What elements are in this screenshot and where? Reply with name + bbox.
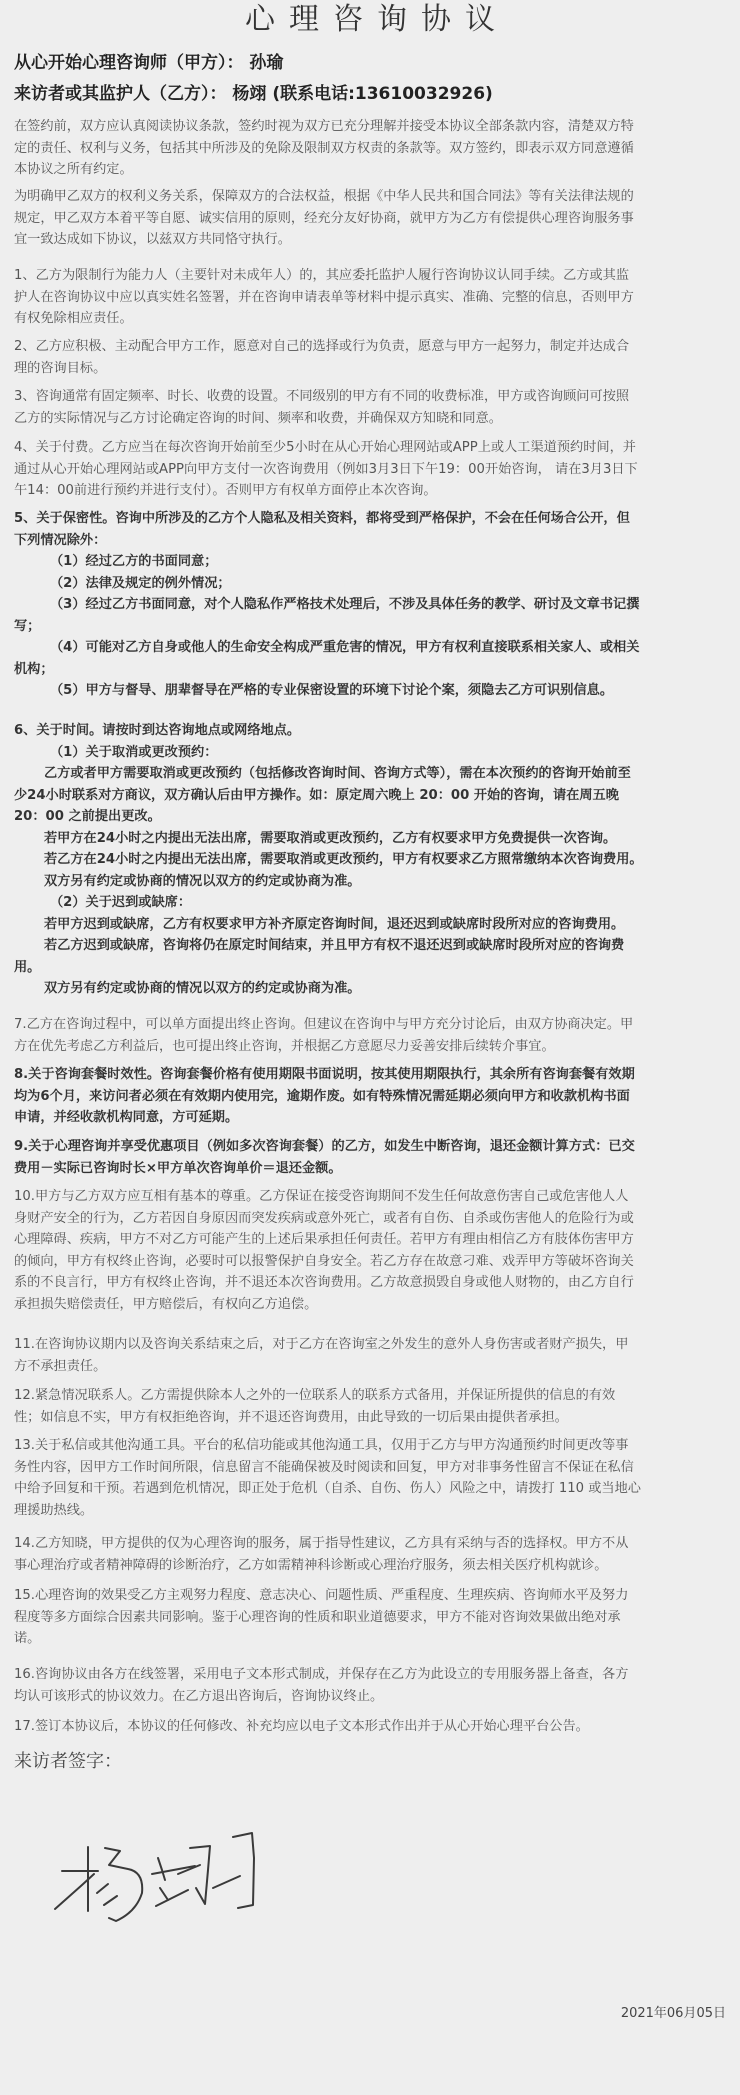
text-line: 15.心理咨询的效果受乙方主观努力程度、意志决心、问题性质、严重程度、生理疾病、… — [14, 1585, 728, 1607]
document-title: 心理咨询协议 — [0, 2, 740, 42]
text-line: 理的咨询目标。 — [14, 358, 728, 380]
clause-15: 15.心理咨询的效果受乙方主观努力程度、意志决心、问题性质、严重程度、生理疾病、… — [14, 1585, 728, 1650]
text-line: 若乙方迟到或缺席，咨询将仍在原定时间结束，并且甲方有权不退还迟到或缺席时段所对应… — [14, 935, 728, 957]
preamble-paragraph-2: 为明确甲乙双方的权利义务关系，保障双方的合法权益，根据《中华人民共和国合同法》等… — [14, 186, 728, 251]
clause-10: 10.甲方与乙方双方应互相有基本的尊重。乙方保证在接受咨询期间不发生任何故意伤害… — [14, 1186, 728, 1315]
exception-item-4: （4）可能对乙方自身或他人的生命安全构成严重危害的情况，甲方有权利直接联系相关家… — [14, 637, 728, 659]
text-line: 定的责任、权利与义务，包括其中所涉及的免除及限制双方权责的条款等。双方签约，即表… — [14, 138, 728, 160]
text-line: 方在优先考虑乙方利益后，也可提出终止咨询，并根据乙方意愿尽力妥善安排后续转介事宜… — [14, 1036, 728, 1058]
text-line: 1、乙方为限制行为能力人（主要针对未成年人）的，其应委托监护人履行咨询协议认同手… — [14, 265, 728, 287]
text-line: 双方另有约定或协商的情况以双方的约定或协商为准。 — [14, 871, 728, 893]
text-line: 12.紧急情况联系人。乙方需提供除本人之外的一位联系人的联系方式备用，并保证所提… — [14, 1385, 728, 1407]
text-line: 用。 — [14, 957, 728, 979]
text-line: 在签约前，双方应认真阅读协议条款，签约时视为双方已充分理解并接受本协议全部条款内… — [14, 116, 728, 138]
text-line: 乙方或者甲方需要取消或更改预约（包括修改咨询时间、咨询方式等），需在本次预约的咨… — [14, 763, 728, 785]
text-line: 均为6个月，来访问者必须在有效期内使用完，逾期作废。如有特殊情况需延期必须向甲方… — [14, 1086, 728, 1108]
clause-13: 13.关于私信或其他沟通工具。平台的私信功能或其他沟通工具，仅用于乙方与甲方沟通… — [14, 1435, 728, 1521]
text-line: 11.在咨询协议期内以及咨询关系结束之后，对于乙方在咨询室之外发生的意外人身伤害… — [14, 1334, 728, 1356]
exception-item-3: （3）经过乙方书面同意，对个人隐私作严格技术处理后，不涉及具体任务的教学、研讨及… — [14, 594, 728, 616]
clause-5-confidentiality: 5、关于保密性。咨询中所涉及的乙方个人隐私及相关资料，都将受到严格保护，不会在任… — [14, 508, 728, 702]
clause-14: 14.乙方知晓，甲方提供的仅为心理咨询的服务，属于指导性建议，乙方具有采纳与否的… — [14, 1533, 728, 1576]
party-b-line: 来访者或其监护人（乙方）： 杨翊 (联系电话:13610032926) — [14, 83, 493, 105]
clause-16: 16.咨询协议由各方在线签署，采用电子文本形式制成，并保存在乙方为此设立的专用服… — [14, 1664, 728, 1707]
text-line: 5、关于保密性。咨询中所涉及的乙方个人隐私及相关资料，都将受到严格保护，不会在任… — [14, 508, 728, 530]
text-line: 3、咨询通常有固定频率、时长、收费的设置。不同级别的甲方有不同的收费标准，甲方或… — [14, 386, 728, 408]
exception-item-1: （1）经过乙方的书面同意； — [14, 551, 728, 573]
text-line: 16.咨询协议由各方在线签署，采用电子文本形式制成，并保存在乙方为此设立的专用服… — [14, 1664, 728, 1686]
text-line: 双方另有约定或协商的情况以双方的约定或协商为准。 — [14, 978, 728, 1000]
clause-8-package-validity: 8.关于咨询套餐时效性。咨询套餐价格有使用期限书面说明，按其使用期限执行，其余所… — [14, 1064, 728, 1129]
text-line: 性；如信息不实，甲方有权拒绝咨询，并不退还咨询费用，由此导致的一切后果由提供者承… — [14, 1407, 728, 1429]
clause-12: 12.紧急情况联系人。乙方需提供除本人之外的一位联系人的联系方式备用，并保证所提… — [14, 1385, 728, 1428]
text-line: 宜一致达成如下协议，以兹双方共同恪守执行。 — [14, 229, 728, 251]
clause-1: 1、乙方为限制行为能力人（主要针对未成年人）的，其应委托监护人履行咨询协议认同手… — [14, 265, 728, 330]
signing-date: 2021年06月05日 — [621, 2006, 726, 2022]
text-line: 17.签订本协议后，本协议的任何修改、补充均应以电子文本形式作出并于从心开始心理… — [14, 1716, 728, 1738]
text-line: 事心理治疗或者精神障碍的诊断治疗，乙方如需精神科诊断或心理治疗服务，须去相关医疗… — [14, 1555, 728, 1577]
text-line: 承担损失赔偿责任，甲方赔偿后，有权向乙方追偿。 — [14, 1294, 728, 1316]
text-line: 14.乙方知晓，甲方提供的仅为心理咨询的服务，属于指导性建议，乙方具有采纳与否的… — [14, 1533, 728, 1555]
text-line: 7.乙方在咨询过程中，可以单方面提出终止咨询。但建议在咨询中与甲方充分讨论后，由… — [14, 1014, 728, 1036]
text-line: 若甲方在24小时之内提出无法出席，需要取消或更改预约，乙方有权要求甲方免费提供一… — [14, 828, 728, 850]
text-line: 6、关于时间。请按时到达咨询地点或网络地点。 — [14, 720, 728, 742]
clause-11: 11.在咨询协议期内以及咨询关系结束之后，对于乙方在咨询室之外发生的意外人身伤害… — [14, 1334, 728, 1377]
text-line: 13.关于私信或其他沟通工具。平台的私信功能或其他沟通工具，仅用于乙方与甲方沟通… — [14, 1435, 728, 1457]
handwritten-signature — [0, 1780, 740, 1980]
text-line: 有权免除相应责任。 — [14, 308, 728, 330]
text-line: 系的不良言行，甲方有权终止咨询，并不退还本次咨询费用。乙方故意损毁自身或他人财物… — [14, 1272, 728, 1294]
exception-item-2: （2）法律及规定的例外情况； — [14, 573, 728, 595]
sub-heading-late: （2）关于迟到或缺席： — [14, 892, 728, 914]
text-line: 机构； — [14, 659, 728, 681]
clause-9-refund: 9.关于心理咨询并享受优惠项目（例如多次咨询套餐）的乙方，如发生中断咨询，退还金… — [14, 1136, 728, 1179]
text-line: 写； — [14, 616, 728, 638]
text-line: 为明确甲乙双方的权利义务关系，保障双方的合法权益，根据《中华人民共和国合同法》等… — [14, 186, 728, 208]
clause-2: 2、乙方应积极、主动配合甲方工作，愿意对自己的选择或行为负责，愿意与甲方一起努力… — [14, 336, 728, 379]
text-line: 20：00 之前提出更改。 — [14, 806, 728, 828]
text-line: 午14：00前进行预约并进行支付）。否则甲方有权单方面停止本次咨询。 — [14, 480, 728, 502]
text-line: 方不承担责任。 — [14, 1356, 728, 1378]
text-line: 身财产安全的行为，乙方若因自身原因而突发疾病或意外死亡，或者有自伤、自杀或伤害他… — [14, 1208, 728, 1230]
text-line: 8.关于咨询套餐时效性。咨询套餐价格有使用期限书面说明，按其使用期限执行，其余所… — [14, 1064, 728, 1086]
text-line: 少24小时联系对方商议，双方确认后由甲方操作。如：原定周六晚上 20：00 开始… — [14, 785, 728, 807]
text-line: 均认可该形式的协议效力。在乙方退出咨询后，咨询协议终止。 — [14, 1686, 728, 1708]
text-line: 乙方的实际情况与乙方讨论确定咨询的时间、频率和收费，并确保双方知晓和同意。 — [14, 408, 728, 430]
text-line: 通过从心开始心理网站或APP向甲方支付一次咨询费用（例如3月3日下午19：00开… — [14, 459, 728, 481]
preamble-paragraph-1: 在签约前，双方应认真阅读协议条款，签约时视为双方已充分理解并接受本协议全部条款内… — [14, 116, 728, 181]
clause-3: 3、咨询通常有固定频率、时长、收费的设置。不同级别的甲方有不同的收费标准，甲方或… — [14, 386, 728, 429]
text-line: 费用－实际已咨询时长×甲方单次咨询单价＝退还金额。 — [14, 1158, 728, 1180]
text-line: 诺。 — [14, 1628, 728, 1650]
text-line: 10.甲方与乙方双方应互相有基本的尊重。乙方保证在接受咨询期间不发生任何故意伤害… — [14, 1186, 728, 1208]
party-a-line: 从心开始心理咨询师（甲方）： 孙瑜 — [14, 52, 283, 74]
text-line: 规定，甲乙双方本着平等自愿、诚实信用的原则，经充分友好协商，就甲方为乙方有偿提供… — [14, 208, 728, 230]
text-line: 务性内容，因甲方工作时间所限，信息留言不能确保被及时阅读和回复，甲方对非事务性留… — [14, 1457, 728, 1479]
text-line: 下列情况除外： — [14, 530, 728, 552]
exception-item-5: （5）甲方与督导、朋辈督导在严格的专业保密设置的环境下讨论个案，须隐去乙方可识别… — [14, 680, 728, 702]
clause-6-time: 6、关于时间。请按时到达咨询地点或网络地点。 （1）关于取消或更改预约： 乙方或… — [14, 720, 728, 1000]
text-line: 若乙方在24小时之内提出无法出席，需要取消或更改预约，甲方有权要求乙方照常缴纳本… — [14, 849, 728, 871]
agreement-document: 心理咨询协议 从心开始心理咨询师（甲方）： 孙瑜 来访者或其监护人（乙方）： 杨… — [0, 0, 740, 2095]
text-line: 9.关于心理咨询并享受优惠项目（例如多次咨询套餐）的乙方，如发生中断咨询，退还金… — [14, 1136, 728, 1158]
signature-label: 来访者签字： — [14, 1750, 122, 1774]
text-line: 中给予回复和干预。若遇到危机情况，即正处于危机（自杀、自伤、伤人）风险之中，请拨… — [14, 1478, 728, 1500]
clause-17: 17.签订本协议后，本协议的任何修改、补充均应以电子文本形式作出并于从心开始心理… — [14, 1716, 728, 1738]
text-line: 程度等多方面综合因素共同影响。鉴于心理咨询的性质和职业道德要求，甲方不能对咨询效… — [14, 1607, 728, 1629]
text-line: 心理障碍、疾病，甲方不对乙方可能产生的上述后果承担任何责任。若甲方有理由相信乙方… — [14, 1229, 728, 1251]
clause-4: 4、关于付费。乙方应当在每次咨询开始前至少5小时在从心开始心理网站或APP上或人… — [14, 437, 728, 502]
text-line: 本协议之所有约定。 — [14, 159, 728, 181]
text-line: 2、乙方应积极、主动配合甲方工作，愿意对自己的选择或行为负责，愿意与甲方一起努力… — [14, 336, 728, 358]
text-line: 的倾向，甲方有权终止咨询，必要时可以报警保护自身安全。若乙方存在故意刁难、戏弄甲… — [14, 1251, 728, 1273]
text-line: 理援助热线。 — [14, 1500, 728, 1522]
clause-7: 7.乙方在咨询过程中，可以单方面提出终止咨询。但建议在咨询中与甲方充分讨论后，由… — [14, 1014, 728, 1057]
sub-heading-cancel: （1）关于取消或更改预约： — [14, 742, 728, 764]
text-line: 4、关于付费。乙方应当在每次咨询开始前至少5小时在从心开始心理网站或APP上或人… — [14, 437, 728, 459]
text-line: 护人在咨询协议中应以真实姓名签署，并在咨询申请表单等材料中提示真实、准确、完整的… — [14, 287, 728, 309]
text-line: 若甲方迟到或缺席，乙方有权要求甲方补齐原定咨询时间，退还迟到或缺席时段所对应的咨… — [14, 914, 728, 936]
text-line: 申请，并经收款机构同意，方可延期。 — [14, 1107, 728, 1129]
